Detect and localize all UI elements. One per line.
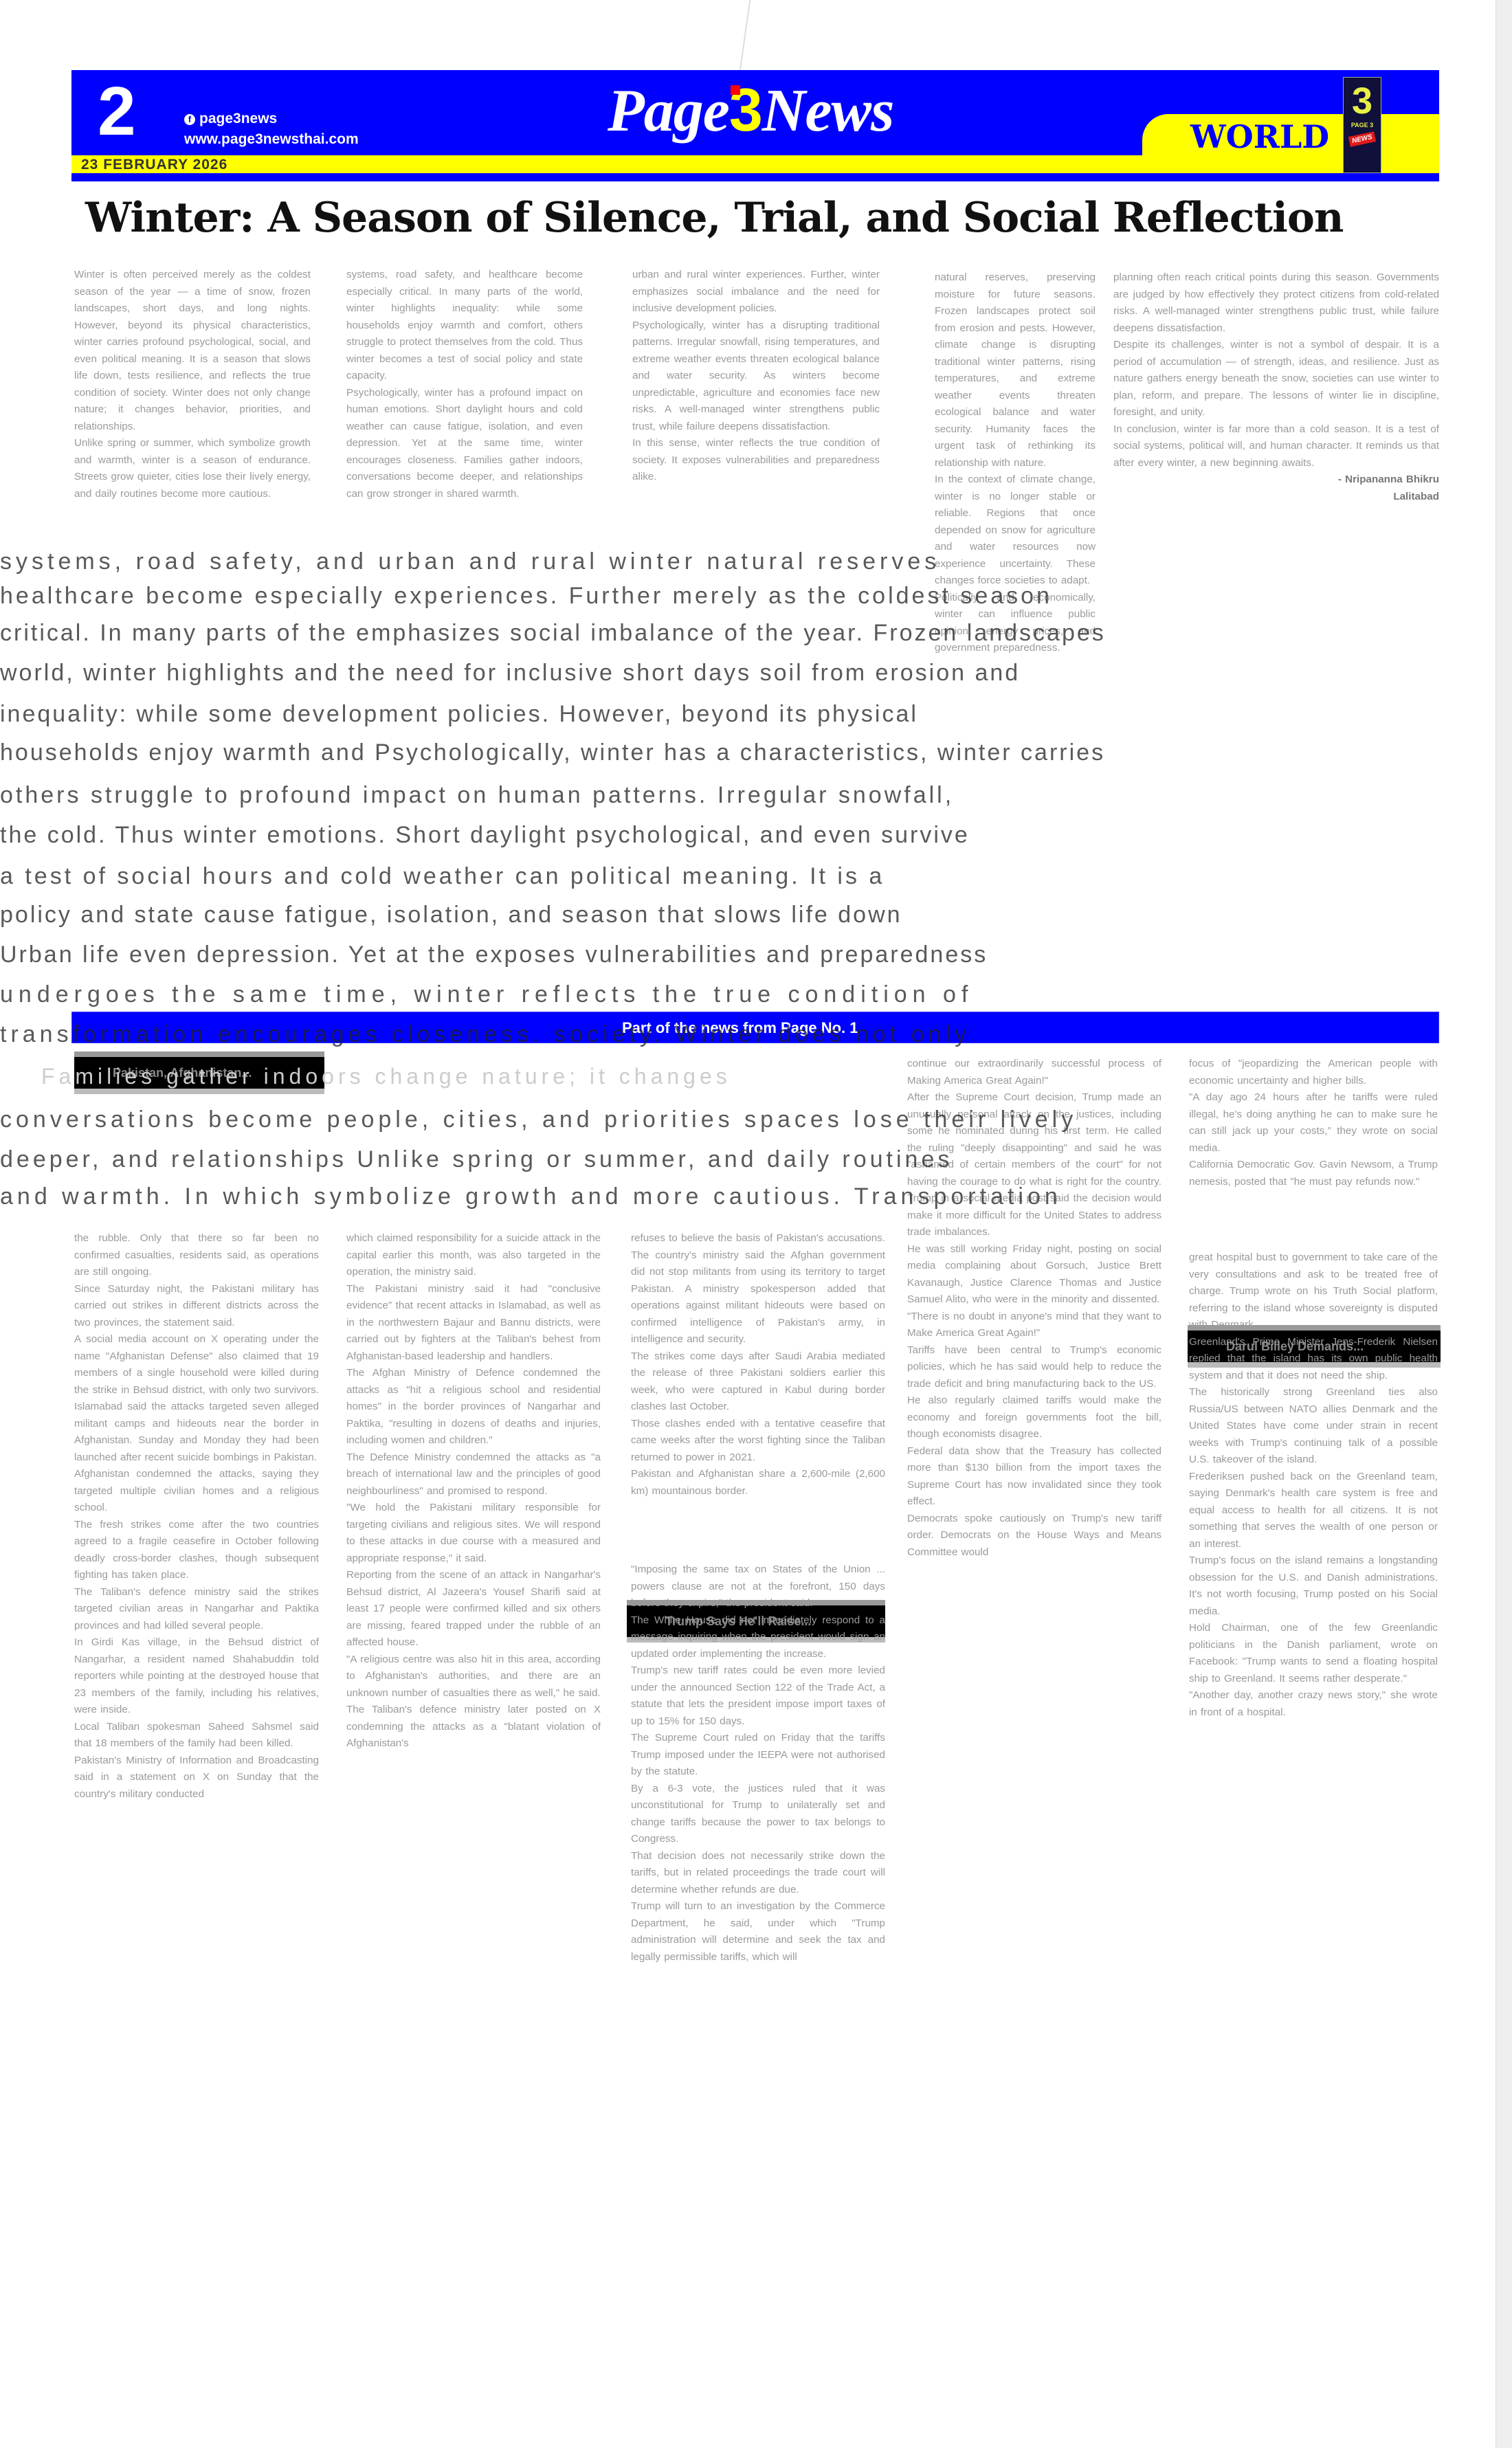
top-article-column-5: planning often reach critical points dur… (1113, 269, 1439, 998)
paragraph: By a 6-3 vote, the justices ruled that i… (631, 1781, 885, 1848)
paragraph: natural reserves, preserving moisture fo… (935, 269, 1096, 471)
continuation-banner: Part of the news from Page No. 1 (71, 1012, 1439, 1043)
badge-line1: PAGE 3 (1344, 122, 1381, 129)
paragraph: "Imposing the same tax on States of the … (631, 1561, 885, 1612)
page-edge (1496, 0, 1512, 2448)
paragraph: focus of "jeopardizing the American peop… (1189, 1056, 1438, 1089)
paragraph: which claimed responsibility for a suici… (346, 1230, 601, 1281)
paragraph: continue our extraordinarily successful … (907, 1056, 1161, 1089)
paragraph: The historically strong Greenland ties a… (1189, 1384, 1438, 1469)
paragraph: That decision does not necessarily strik… (631, 1848, 885, 1899)
author-location: Lalitabad (1113, 489, 1439, 506)
facebook-link[interactable]: fpage3news (184, 109, 359, 129)
paragraph: The strikes come days after Saudi Arabia… (631, 1348, 885, 1416)
paragraph: urban and rural winter experiences. Furt… (632, 267, 880, 318)
paragraph: The Taliban's defence ministry later pos… (346, 1702, 601, 1752)
issue-date: 23 FEBRUARY 2026 (81, 157, 227, 173)
top-article-column-4: natural reserves, preserving moisture fo… (935, 269, 1096, 991)
paragraph: systems, road safety, and healthcare bec… (346, 267, 583, 385)
paragraph: Despite its challenges, winter is not a … (1113, 337, 1439, 421)
paragraph: Pakistan and Afghanistan share a 2,600-m… (631, 1466, 885, 1500)
paragraph: In this sense, winter reflects the true … (632, 435, 880, 486)
paragraph: Hold Chairman, one of the few Greenlandi… (1189, 1620, 1438, 1687)
paragraph: great hospital bust to government to tak… (1189, 1249, 1438, 1334)
paragraph: Psychologically, winter has a disrupting… (632, 318, 880, 436)
paragraph: He was still working Friday night, posti… (907, 1241, 1161, 1309)
paragraph: In Girdi Kas village, in the Behsud dist… (74, 1634, 319, 1719)
paragraph: The Taliban's defence ministry said the … (74, 1584, 319, 1635)
paragraph: California Democratic Gov. Gavin Newsom,… (1189, 1157, 1438, 1190)
paragraph: The Afghan Ministry of Defence condemned… (346, 1365, 601, 1449)
paragraph: "There is no doubt in anyone's mind that… (907, 1309, 1161, 1342)
paragraph: planning often reach critical points dur… (1113, 269, 1439, 337)
facebook-icon: f (184, 114, 195, 125)
paragraph: In the context of climate change, winter… (935, 471, 1096, 590)
bottom-column-3: refuses to believe the basis of Pakistan… (631, 1230, 885, 2433)
paragraph: The Defence Ministry condemned the attac… (346, 1449, 601, 1500)
paragraph: He also regularly claimed tariffs would … (907, 1392, 1161, 1443)
section-label: WORLD (1190, 118, 1329, 155)
overlay-line: deeper, and relationships Unlike spring … (0, 1146, 953, 1173)
paragraph: "We hold the Pakistani military responsi… (346, 1500, 601, 1567)
top-article-column-1: Winter is often perceived merely as the … (74, 267, 311, 1002)
paragraph: "A religious centre was also hit in this… (346, 1651, 601, 1702)
paragraph: Winter is often perceived merely as the … (74, 267, 311, 435)
bottom-column-4: continue our extraordinarily successful … (907, 1056, 1161, 2423)
paragraph: The White House did not immediately resp… (631, 1612, 885, 1663)
paragraph: "Another day, another crazy news story,"… (1189, 1687, 1438, 1721)
masthead: 2 fpage3news www.page3newsthai.com Page3… (71, 70, 1439, 173)
badge-line2: NEWS (1348, 131, 1376, 147)
logo-text-right: News (762, 78, 894, 144)
paragraph: Federal data show that the Treasury has … (907, 1443, 1161, 1511)
paragraph: In conclusion, winter is far more than a… (1113, 421, 1439, 472)
paragraph: "A day ago 24 hours after he tariffs wer… (1189, 1089, 1438, 1157)
paragraph: A social media account on X operating un… (74, 1331, 319, 1466)
subhead-spacer (631, 1500, 885, 1561)
bottom-column-5: focus of "jeopardizing the American peop… (1189, 1056, 1438, 2423)
paragraph: Democrats spoke cautiously on Trump's ne… (907, 1511, 1161, 1561)
paragraph: The Pakistani ministry said it had "conc… (346, 1281, 601, 1366)
paragraph: Psychologically, winter has a profound i… (346, 385, 583, 503)
paragraph: refuses to believe the basis of Pakistan… (631, 1230, 885, 1348)
page3-news-badge: 3 PAGE 3 NEWS (1343, 77, 1381, 173)
overlay-line: and warmth. In which symbolize growth an… (0, 1183, 1062, 1210)
page-number: 2 (98, 77, 136, 146)
subhead-afghanistan: Pakistan, Afghanistan... (74, 1051, 324, 1094)
paragraph: Those clashes ended with a tentative cea… (631, 1416, 885, 1467)
page-headline: Winter: A Season of Silence, Trial, and … (85, 194, 1432, 242)
paragraph: the rubble. Only that there so far been … (74, 1230, 319, 1281)
paragraph: Trump's focus on the island remains a lo… (1189, 1553, 1438, 1620)
paragraph: Trump will turn to an investigation by t… (631, 1898, 885, 1966)
paragraph: The Supreme Court ruled on Friday that t… (631, 1730, 885, 1781)
paragraph: Frederiksen pushed back on the Greenland… (1189, 1469, 1438, 1553)
logo-digit: 3 (729, 76, 762, 144)
paragraph: Since Saturday night, the Pakistani mili… (74, 1281, 319, 1332)
paragraph: Tariffs have been central to Trump's eco… (907, 1342, 1161, 1393)
badge-digit: 3 (1344, 80, 1381, 122)
top-article-column-3: urban and rural winter experiences. Furt… (632, 267, 880, 1002)
paragraph: Trump's new tariff rates could be even m… (631, 1662, 885, 1730)
continuation-label: Part of the news from Page No. 1 (622, 1019, 858, 1037)
newspaper-logo: Page3News (608, 80, 893, 142)
bottom-column-1: the rubble. Only that there so far been … (74, 1230, 319, 2433)
paragraph: Afghanistan condemned the attacks, sayin… (74, 1466, 319, 1517)
subhead-spacer (1189, 1190, 1438, 1249)
paragraph: Unlike spring or summer, which symbolize… (74, 435, 311, 502)
paragraph: Politically and economically, winter can… (935, 590, 1096, 657)
bottom-column-2: which claimed responsibility for a suici… (346, 1230, 601, 2433)
website-link[interactable]: www.page3newsthai.com (184, 129, 359, 150)
social-links: fpage3news www.page3newsthai.com (184, 109, 359, 150)
paragraph: Reporting from the scene of an attack in… (346, 1567, 601, 1651)
paragraph: Greenland's Prime Minister Jens-Frederik… (1189, 1334, 1438, 1385)
masthead-underline (71, 173, 1439, 181)
top-article-column-2: systems, road safety, and healthcare bec… (346, 267, 583, 1002)
paragraph: Pakistan's Ministry of Information and B… (74, 1752, 319, 1803)
paragraph: After the Supreme Court decision, Trump … (907, 1089, 1161, 1241)
author-signature: - Nripananna Bhikru (1113, 471, 1439, 489)
paragraph: Local Taliban spokesman Saheed Sahsmel s… (74, 1719, 319, 1752)
facebook-handle: page3news (199, 111, 277, 126)
paragraph: The fresh strikes come after the two cou… (74, 1517, 319, 1584)
logo-text-left: Page (608, 78, 729, 144)
